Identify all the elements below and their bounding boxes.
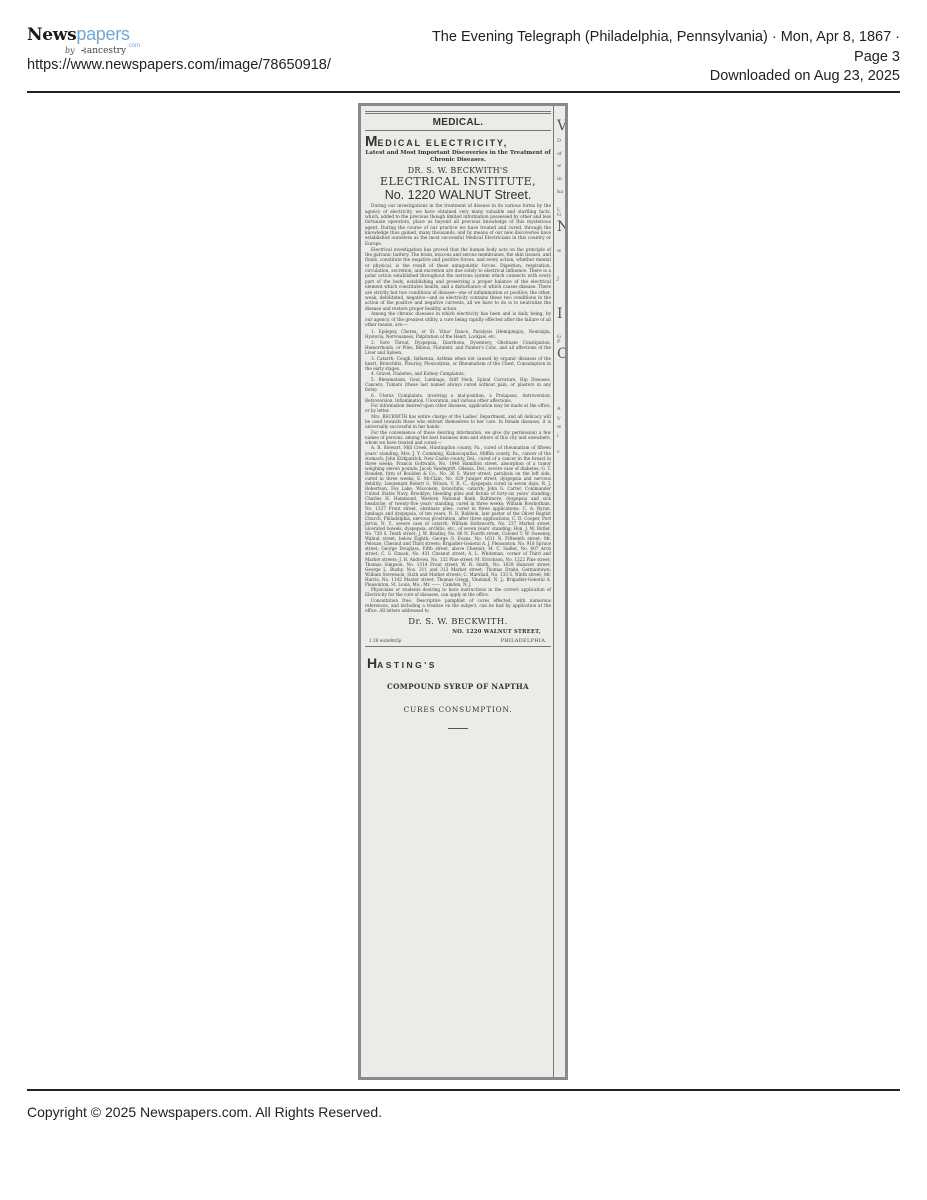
institute-address: No. 1220 WALNUT Street. — [365, 188, 551, 202]
disease-list: 1. Epilepsy, Chorea, or St. Vitus' Dance… — [365, 329, 551, 613]
ancestry-leaf-icon: ⊰ — [80, 46, 87, 55]
list-item: 2. Sore Throat, Dyspepsia, Diarrhoea, Dy… — [365, 340, 551, 355]
rule — [448, 728, 468, 729]
ad2-title: HASTING'S — [367, 655, 551, 671]
ad2-claim: CURES CONSUMPTION. — [365, 705, 551, 714]
paragraph: During our investigations in the treatme… — [365, 204, 551, 247]
list-item: 6. Uterus Complaints, involving a mal-po… — [365, 393, 551, 403]
publication-meta: The Evening Telegraph (Philadelphia, Pen… — [430, 28, 900, 87]
clipping-paper: MEDICAL. MEDICAL ELECTRICITY, Latest and… — [361, 106, 565, 1077]
list-item: 5. Rheumatism, Gout, Lumbago, Stiff Neck… — [365, 377, 551, 392]
ad-code: 1 26 wsm4m5p — [369, 638, 401, 644]
paragraph: Mrs. BECKWITH has entire charge of the L… — [365, 414, 551, 429]
footer-divider — [27, 1089, 900, 1091]
signature-city: PHILADELPHIA. — [501, 638, 547, 644]
publication-line: The Evening Telegraph (Philadelphia, Pen… — [430, 28, 900, 48]
rule — [365, 113, 551, 114]
institute-name: ELECTRICAL INSTITUTE, — [365, 175, 551, 188]
rule — [365, 646, 551, 647]
rule — [365, 130, 551, 131]
signature-footer: 1 26 wsm4m5p PHILADELPHIA. — [365, 638, 551, 645]
clipping-column: MEDICAL. MEDICAL ELECTRICITY, Latest and… — [365, 110, 551, 1073]
paragraph: Physicians or students desiring to have … — [365, 587, 551, 597]
header-divider — [27, 91, 900, 93]
logo-com-suffix: .com — [127, 43, 140, 49]
newspapers-logo[interactable]: Newspapers .com by ⊰ancestry — [27, 26, 167, 60]
list-item: 1. Epilepsy, Chorea, or St. Vitus' Dance… — [365, 329, 551, 339]
rule — [365, 111, 551, 112]
page-number: Page 3 — [430, 48, 900, 68]
paragraph: Consultation free. Descriptive pamphlet … — [365, 598, 551, 613]
article-subtitle: Latest and Most Important Discoveries in… — [365, 150, 551, 164]
image-url[interactable]: https://www.newspapers.com/image/7865091… — [27, 57, 331, 73]
logo-wordmark: Newspapers — [27, 26, 167, 44]
article-body: During our investigations in the treatme… — [365, 204, 551, 328]
paragraph: Among the chronic diseases in which elec… — [365, 312, 551, 328]
article-title: MEDICAL ELECTRICITY, — [365, 133, 551, 150]
ad2-product: COMPOUND SYRUP OF NAPTHA — [365, 682, 551, 691]
paragraph: For information desired upon other disea… — [365, 403, 551, 413]
page-header: Newspapers .com by ⊰ancestry https://www… — [27, 0, 900, 94]
paragraph: For the convenience of those desiring in… — [365, 430, 551, 445]
download-date: Downloaded on Aug 23, 2025 — [430, 67, 900, 87]
paragraph: Electrical investigation has proved that… — [365, 248, 551, 312]
list-item: 3. Catarrh, Cough, Influenza, Asthma whe… — [365, 356, 551, 371]
testimonials: A. R. Stewart, Mill Creek, Huntingdon co… — [365, 445, 551, 586]
list-item: 4. Gravel, Diabetes, and Kidney Complain… — [365, 371, 551, 376]
copyright-notice: Copyright © 2025 Newspapers.com. All Rig… — [27, 1104, 382, 1120]
column-divider — [553, 106, 554, 1077]
section-heading: MEDICAL. — [365, 117, 551, 128]
doctor-name: DR. S. W. BECKWITH'S — [365, 166, 551, 175]
newspaper-clipping: MEDICAL. MEDICAL ELECTRICITY, Latest and… — [358, 103, 568, 1080]
signature-name: Dr. S. W. BECKWITH. — [365, 617, 551, 627]
logo-byline: by ⊰ancestry — [65, 46, 126, 56]
signature-address: NO. 1220 WALNUT STREET, — [365, 629, 551, 635]
adjacent-column-fragment: V D of w in ha L G N w J I G P C A V w i… — [557, 106, 565, 1077]
